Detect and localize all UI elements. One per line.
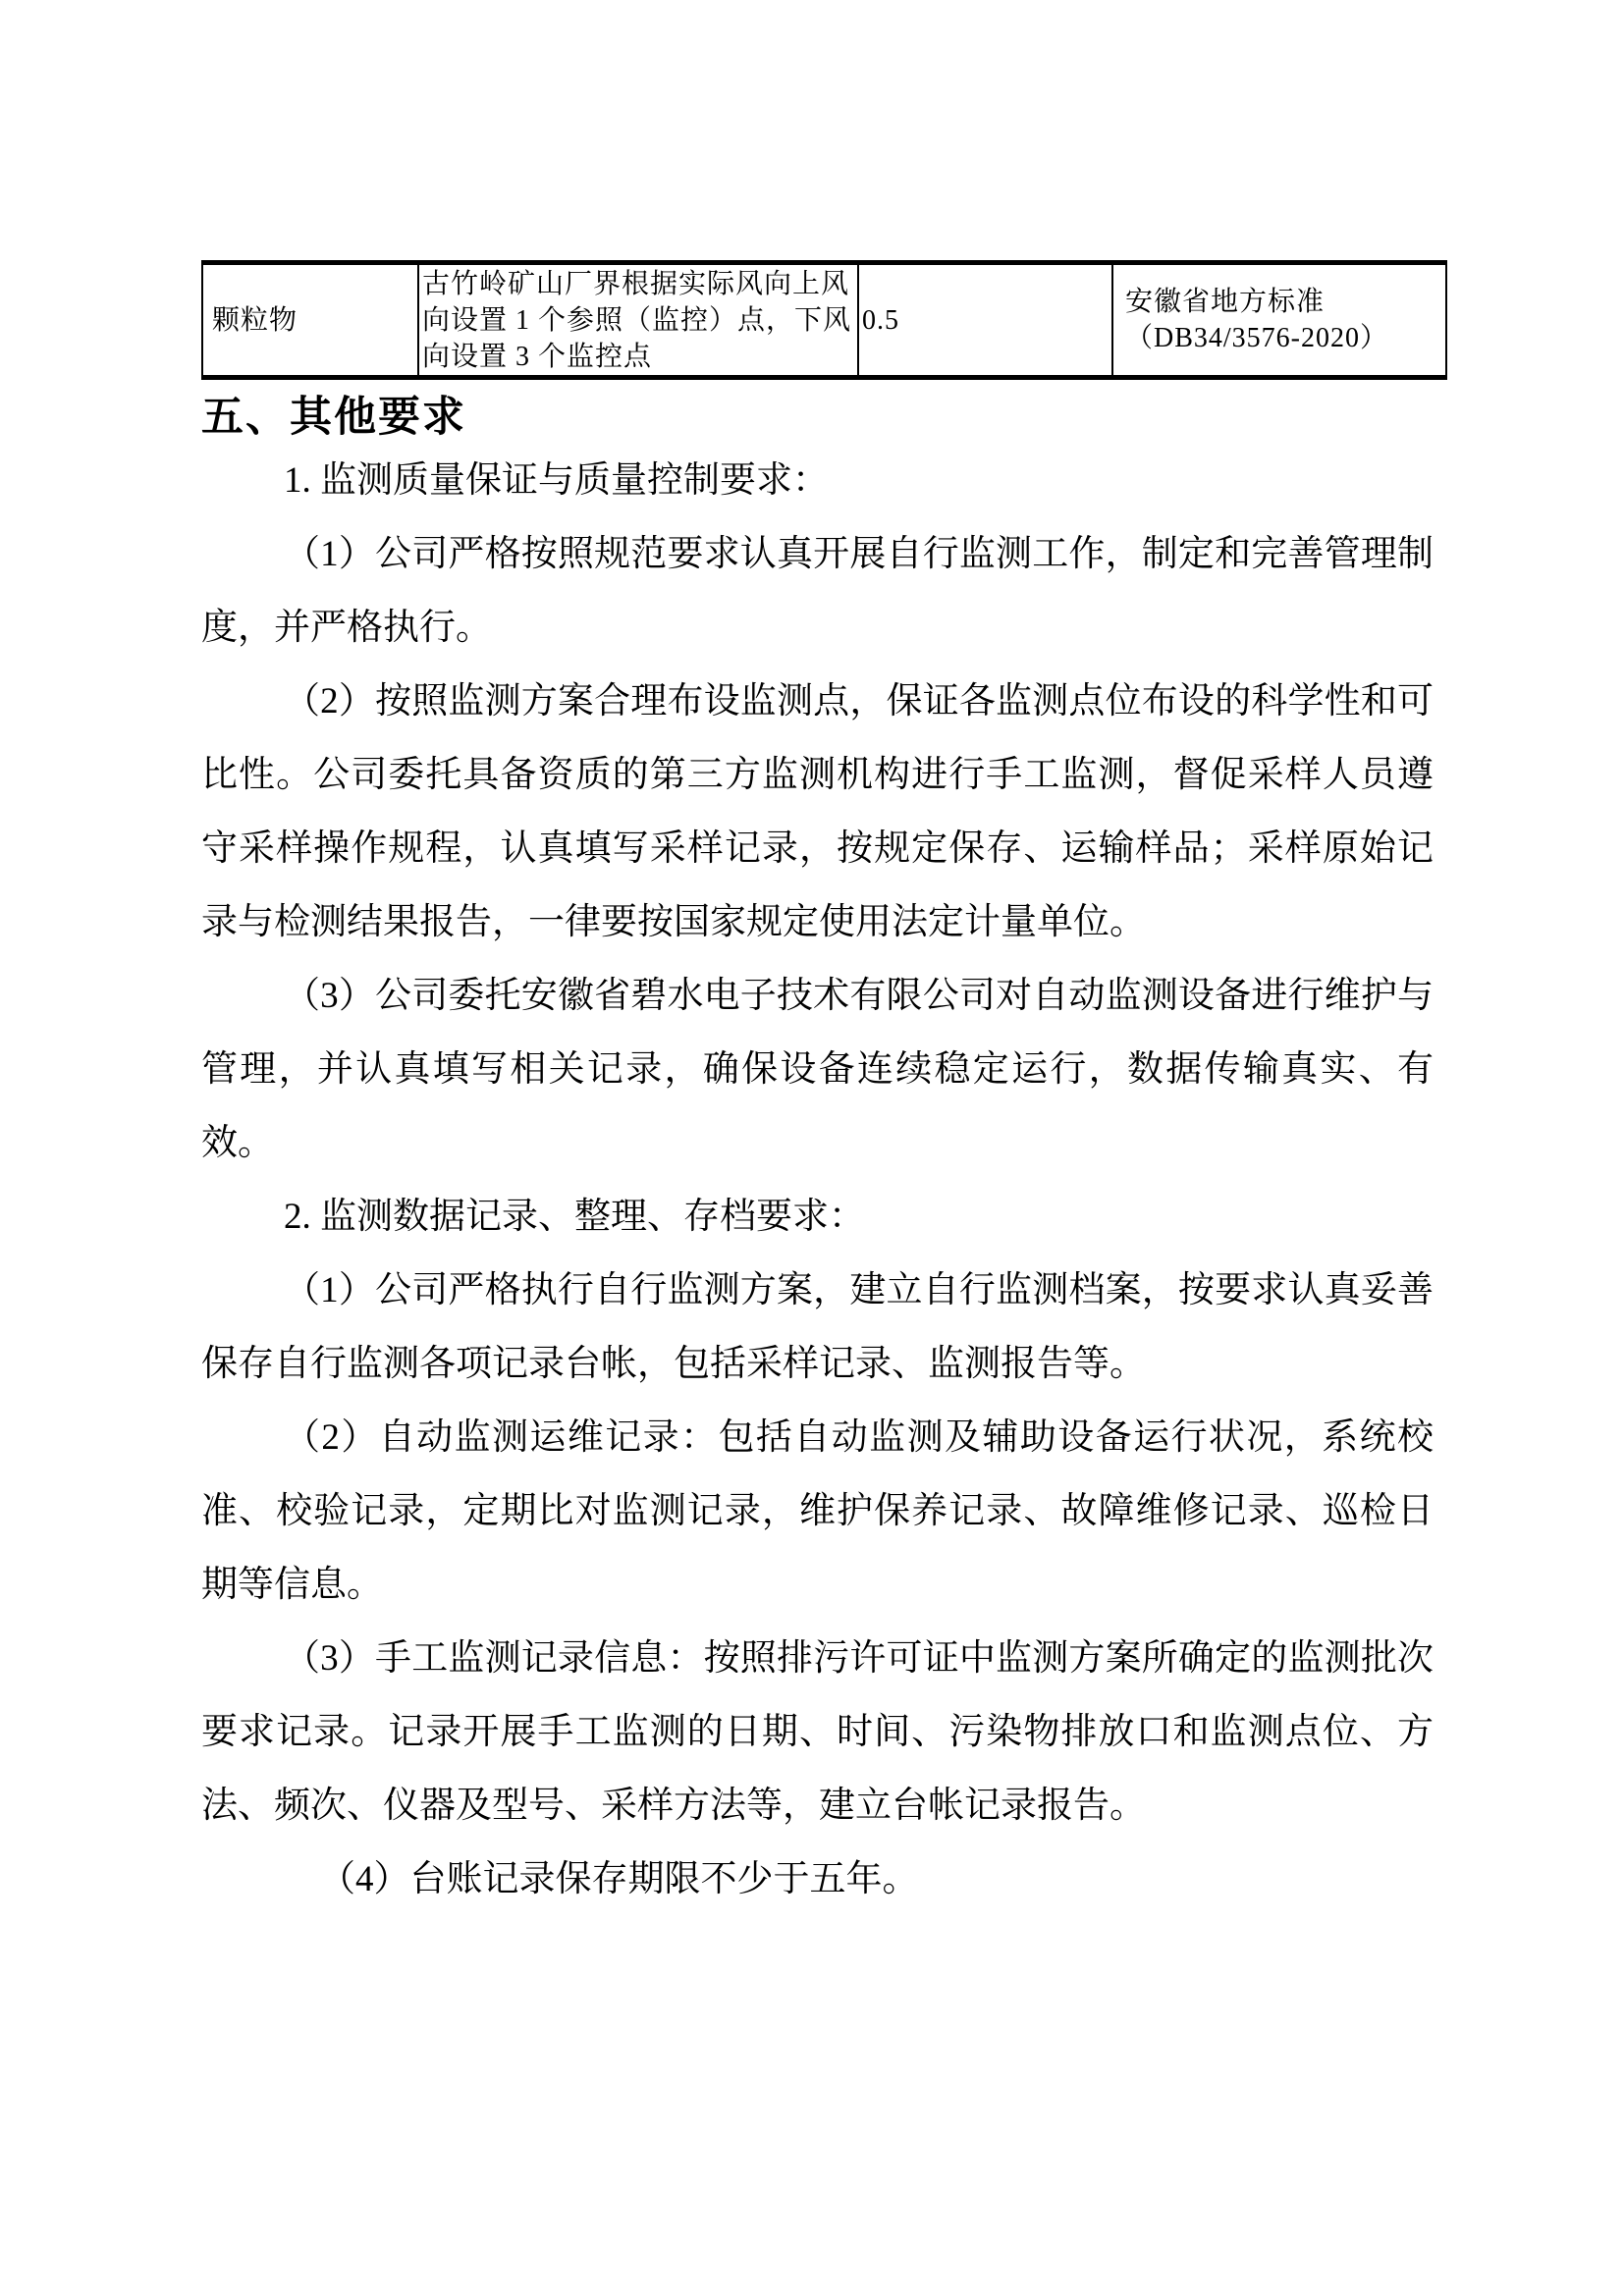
paragraph-qa-title: 1. 监测质量保证与质量控制要求： — [201, 444, 1434, 517]
paragraph-records-title: 2. 监测数据记录、整理、存档要求： — [201, 1180, 1434, 1254]
paragraph-qa-2: （2）按照监测方案合理布设监测点，保证各监测点位布设的科学性和可比性。公司委托具… — [201, 665, 1434, 959]
paragraph-records-2: （2）自动监测运维记录：包括自动监测及辅助设备运行状况，系统校准、校验记录，定期… — [201, 1401, 1434, 1622]
paragraph-qa-1: （1）公司严格按照规范要求认真开展自行监测工作，制定和完善管理制度，并严格执行。 — [201, 517, 1434, 665]
table-cell-limit-value: 0.5 — [857, 265, 1111, 375]
table-cell-pollutant: 颗粒物 — [203, 265, 417, 375]
section-heading: 五、其他要求 — [201, 393, 1443, 444]
table-cell-monitoring-points: 古竹岭矿山厂界根据实际风向上风 向设置 1 个参照（监控）点，下风 向设置 3 … — [417, 265, 857, 375]
paragraph-records-3: （3）手工监测记录信息：按照排污许可证中监测方案所确定的监测批次要求记录。记录开… — [201, 1622, 1434, 1842]
paragraph-records-1: （1）公司严格执行自行监测方案，建立自行监测档案，按要求认真妥善保存自行监测各项… — [201, 1254, 1434, 1401]
page-content: 颗粒物 古竹岭矿山厂界根据实际风向上风 向设置 1 个参照（监控）点，下风 向设… — [201, 260, 1443, 1916]
paragraph-records-4: （4）台账记录保存期限不少于五年。 — [201, 1842, 1434, 1916]
table-cell-standard: 安徽省地方标准 （DB34/3576-2020） — [1111, 265, 1445, 375]
document-page: 颗粒物 古竹岭矿山厂界根据实际风向上风 向设置 1 个参照（监控）点，下风 向设… — [0, 0, 1624, 2296]
monitoring-table-row: 颗粒物 古竹岭矿山厂界根据实际风向上风 向设置 1 个参照（监控）点，下风 向设… — [201, 260, 1447, 380]
paragraph-qa-3: （3）公司委托安徽省碧水电子技术有限公司对自动监测设备进行维护与管理，并认真填写… — [201, 959, 1434, 1180]
section-body: 1. 监测质量保证与质量控制要求： （1）公司严格按照规范要求认真开展自行监测工… — [201, 444, 1434, 1916]
